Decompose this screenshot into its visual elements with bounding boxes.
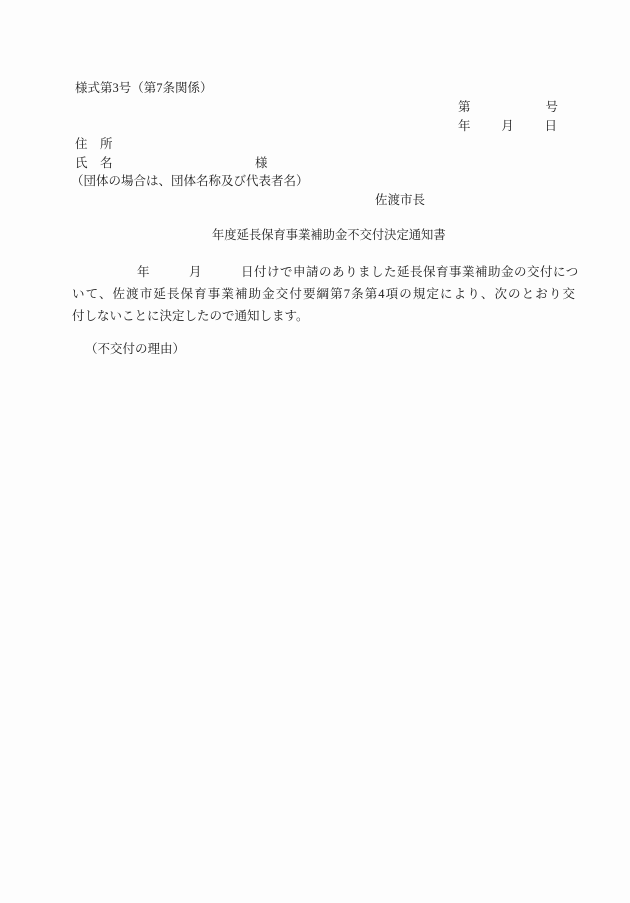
recipient-name-label: 氏 名 <box>75 157 113 170</box>
reason-heading: （不交付の理由） <box>85 343 185 356</box>
body-paragraph-line-3: 付しないことに決定したので通知します。 <box>72 310 309 323</box>
document-title: 年度延長保育事業補助金不交付決定通知書 <box>212 229 446 241</box>
date-day-label: 日 <box>544 120 557 133</box>
recipient-honorific: 様 <box>255 157 268 170</box>
recipient-group-note: （団体の場合は、団体名称及び代表者名） <box>71 175 309 188</box>
document-number-suffix: 号 <box>545 101 558 114</box>
recipient-address-label: 住 所 <box>75 138 113 151</box>
body-paragraph-line-1: 年 月 日付けで申請のありました延長保育事業補助金の交付につ <box>72 266 579 279</box>
date-line: 年 月 日 <box>458 120 557 133</box>
sender-title: 佐渡市長 <box>375 194 425 207</box>
date-year-label: 年 <box>458 120 471 133</box>
document-page: 様式第3号（第7条関係） 第 号 年 月 日 住 所 氏 名 様 （団体の場合は… <box>0 0 630 903</box>
form-style-label: 様式第3号（第7条関係） <box>75 82 213 95</box>
document-number-prefix: 第 <box>458 101 471 114</box>
body-paragraph-line-2: いて、佐渡市延長保育事業補助金交付要綱第7条第4項の規定により、次のとおり交 <box>72 288 576 301</box>
document-number-line: 第 号 <box>458 101 558 114</box>
date-month-label: 月 <box>501 120 514 133</box>
